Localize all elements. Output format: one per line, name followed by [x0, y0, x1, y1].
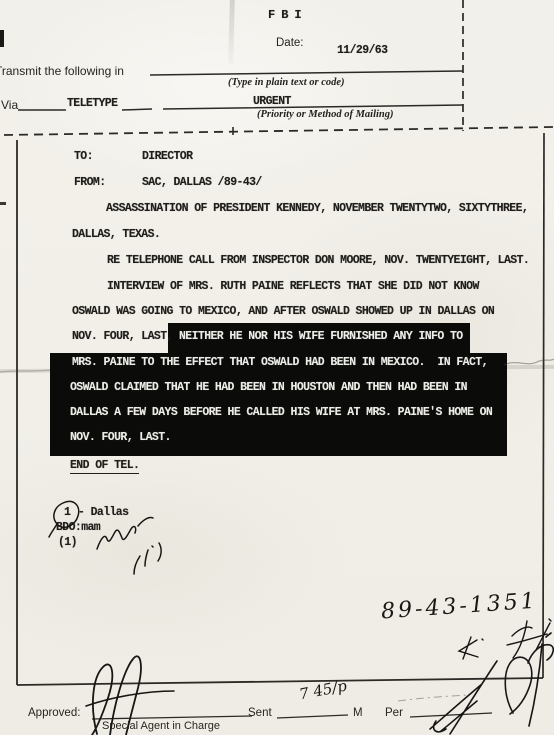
priority-value: URGENT [253, 95, 291, 108]
re-line: RE TELEPHONE CALL FROM INSPECTOR DON MOO… [107, 254, 529, 267]
message-box-right-border [543, 133, 544, 678]
right-margin-signature [505, 633, 553, 726]
transmit-caption: (Type in plain text or code) [228, 77, 345, 88]
handwritten-parenthetical-note [134, 543, 161, 574]
from-label: FROM: [74, 176, 106, 189]
crease-squiggle-left [0, 370, 50, 372]
meridiem-label: M [353, 707, 363, 719]
to-value: DIRECTOR [142, 150, 192, 163]
priority-caption: (Priority or Method of Mailing) [257, 109, 394, 120]
redacted-line-2: OSWALD CLAIMED THAT HE HAD BEEN IN HOUST… [70, 381, 467, 394]
redacted-line-3: DALLAS A FEW DAYS BEFORE HE CALLED HIS W… [70, 406, 492, 419]
crease-squiggle-right [504, 359, 554, 365]
approved-title: Special Agent in Charge [102, 720, 220, 732]
scan-edge-tick [0, 202, 6, 205]
subject-line-2: DALLAS, TEXAS. [72, 228, 160, 241]
approved-signature-crossbar [86, 691, 174, 706]
per-label: Per [385, 707, 403, 719]
per-line [410, 713, 492, 717]
handwritten-sent-time: 7 45/p [298, 677, 349, 704]
file-check-mark [459, 637, 483, 659]
sent-label: Sent [248, 707, 272, 719]
subject-line-1: ASSASSINATION OF PRESIDENT KENNEDY, NOVE… [106, 202, 528, 215]
body-line-2: OSWALD WAS GOING TO MEXICO, AND AFTER OS… [72, 305, 494, 318]
to-label: TO: [74, 150, 93, 163]
body-line-3-plain: NOV. FOUR, LAST, [72, 330, 173, 343]
transmit-label: Transmit the following in [0, 64, 124, 78]
dashed-horizontal-rule [4, 127, 553, 135]
agency-title: F B I [268, 8, 301, 22]
redacted-line-1: MRS. PAINE TO THE EFFECT THAT OSWALD HAD… [72, 356, 488, 369]
typist-initials: BDO:mam [56, 521, 100, 534]
message-box-bottom-border [17, 678, 543, 685]
file-initials-mark [507, 619, 551, 658]
redacted-line-4: NOV. FOUR, LAST. [70, 431, 171, 444]
body-line-1: INTERVIEW OF MRS. RUTH PAINE REFLECTS TH… [107, 280, 479, 293]
copy-number: 1 [64, 506, 70, 519]
faint-dash-dot-line [398, 695, 470, 701]
approved-label: Approved: [28, 707, 80, 719]
via-label: Via [1, 98, 18, 112]
approved-line [92, 716, 252, 719]
copy-destination: - Dallas [78, 506, 128, 519]
paper-crease-vertical [228, 0, 235, 64]
end-of-teletype-marker: END OF TEL. [70, 459, 139, 472]
handwritten-initials-scribble [97, 517, 153, 549]
date-value: 11/29/63 [337, 44, 387, 57]
transmit-underline [150, 71, 463, 75]
body-line-3-redacted: NEITHER HE NOR HIS WIFE FURNISHED ANY IN… [179, 330, 463, 343]
per-signature [430, 661, 497, 734]
copy-count: (1) [58, 536, 77, 549]
handwritten-file-number: 89-43-1351 [380, 589, 538, 625]
scan-edge-mark [0, 30, 4, 47]
scanned-fbi-teletype-document: F B I Date: 11/29/63 Transmit the follow… [0, 0, 554, 735]
from-value: SAC, DALLAS /89-43/ [142, 176, 262, 189]
date-label: Date: [276, 37, 304, 49]
sent-line [277, 715, 348, 718]
via-method: TELETYPE [67, 97, 117, 110]
